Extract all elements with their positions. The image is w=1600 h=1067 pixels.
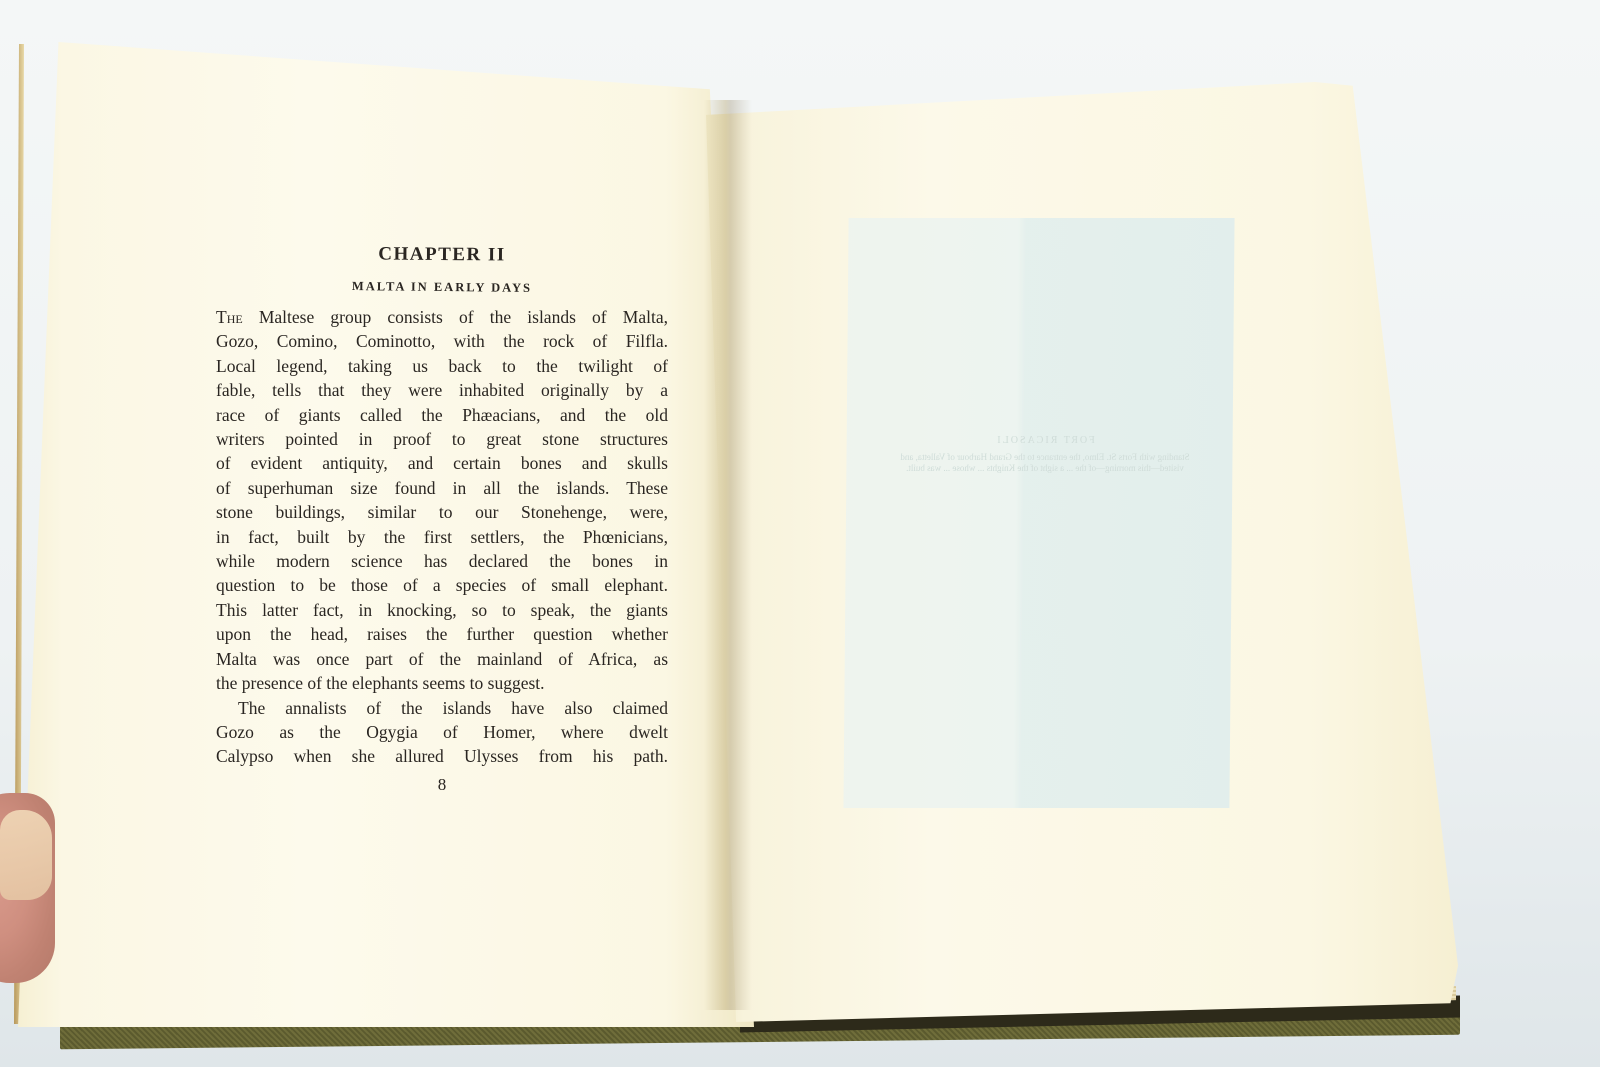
paragraph-1: The Maltese group consists of the island…	[216, 305, 668, 696]
left-page-text-block: CHAPTER II MALTA IN EARLY DAYS The Malte…	[216, 244, 668, 795]
plate-caption-title: FORT RICASOLI	[900, 435, 1190, 446]
text-line: Gozo, Comino, Cominotto, with the rock o…	[216, 329, 668, 353]
chapter-title: CHAPTER II	[216, 242, 668, 267]
book-gutter	[704, 100, 752, 1010]
thumb-nail	[0, 810, 52, 900]
text-line: The Maltese group consists of the island…	[216, 305, 668, 329]
text-line: Calypso when she allured Ulysses from hi…	[216, 744, 668, 768]
text-line: the presence of the elephants seems to s…	[216, 671, 668, 695]
text-line: This latter fact, in knocking, so to spe…	[216, 598, 668, 622]
dropcap-smallcaps: The	[216, 307, 243, 327]
text-line: Local legend, taking us back to the twil…	[216, 354, 668, 378]
text-line: while modern science has declared the bo…	[216, 549, 668, 573]
text-line: writers pointed in proof to great stone …	[216, 427, 668, 451]
text-line: Gozo as the Ogygia of Homer, where dwelt	[216, 720, 668, 744]
plate-caption-text: Standing with Forts St. Elmo, the entran…	[900, 452, 1190, 474]
text-line: The annalists of the islands have also c…	[216, 696, 668, 720]
plate-showthrough-caption: FORT RICASOLI Standing with Forts St. El…	[900, 435, 1190, 474]
text-line: upon the head, raises the further questi…	[216, 622, 668, 646]
text-line: Malta was once part of the mainland of A…	[216, 647, 668, 671]
paragraph-2: The annalists of the islands have also c…	[216, 696, 668, 769]
text-line: in fact, built by the first settlers, th…	[216, 525, 668, 549]
page-number: 8	[216, 775, 668, 795]
tissue-guard-plate	[843, 218, 1234, 808]
text-line: race of giants called the Phæacians, and…	[216, 403, 668, 427]
text-line: fable, tells that they were inhabited or…	[216, 378, 668, 402]
text-line: stone buildings, similar to our Stonehen…	[216, 500, 668, 524]
photo-scene: FORT RICASOLI Standing with Forts St. El…	[0, 0, 1600, 1067]
text-line: of superhuman size found in all the isla…	[216, 476, 668, 500]
text-line: of evident antiquity, and certain bones …	[216, 451, 668, 475]
chapter-subtitle: MALTA IN EARLY DAYS	[216, 278, 668, 298]
text-line: question to be those of a species of sma…	[216, 573, 668, 597]
